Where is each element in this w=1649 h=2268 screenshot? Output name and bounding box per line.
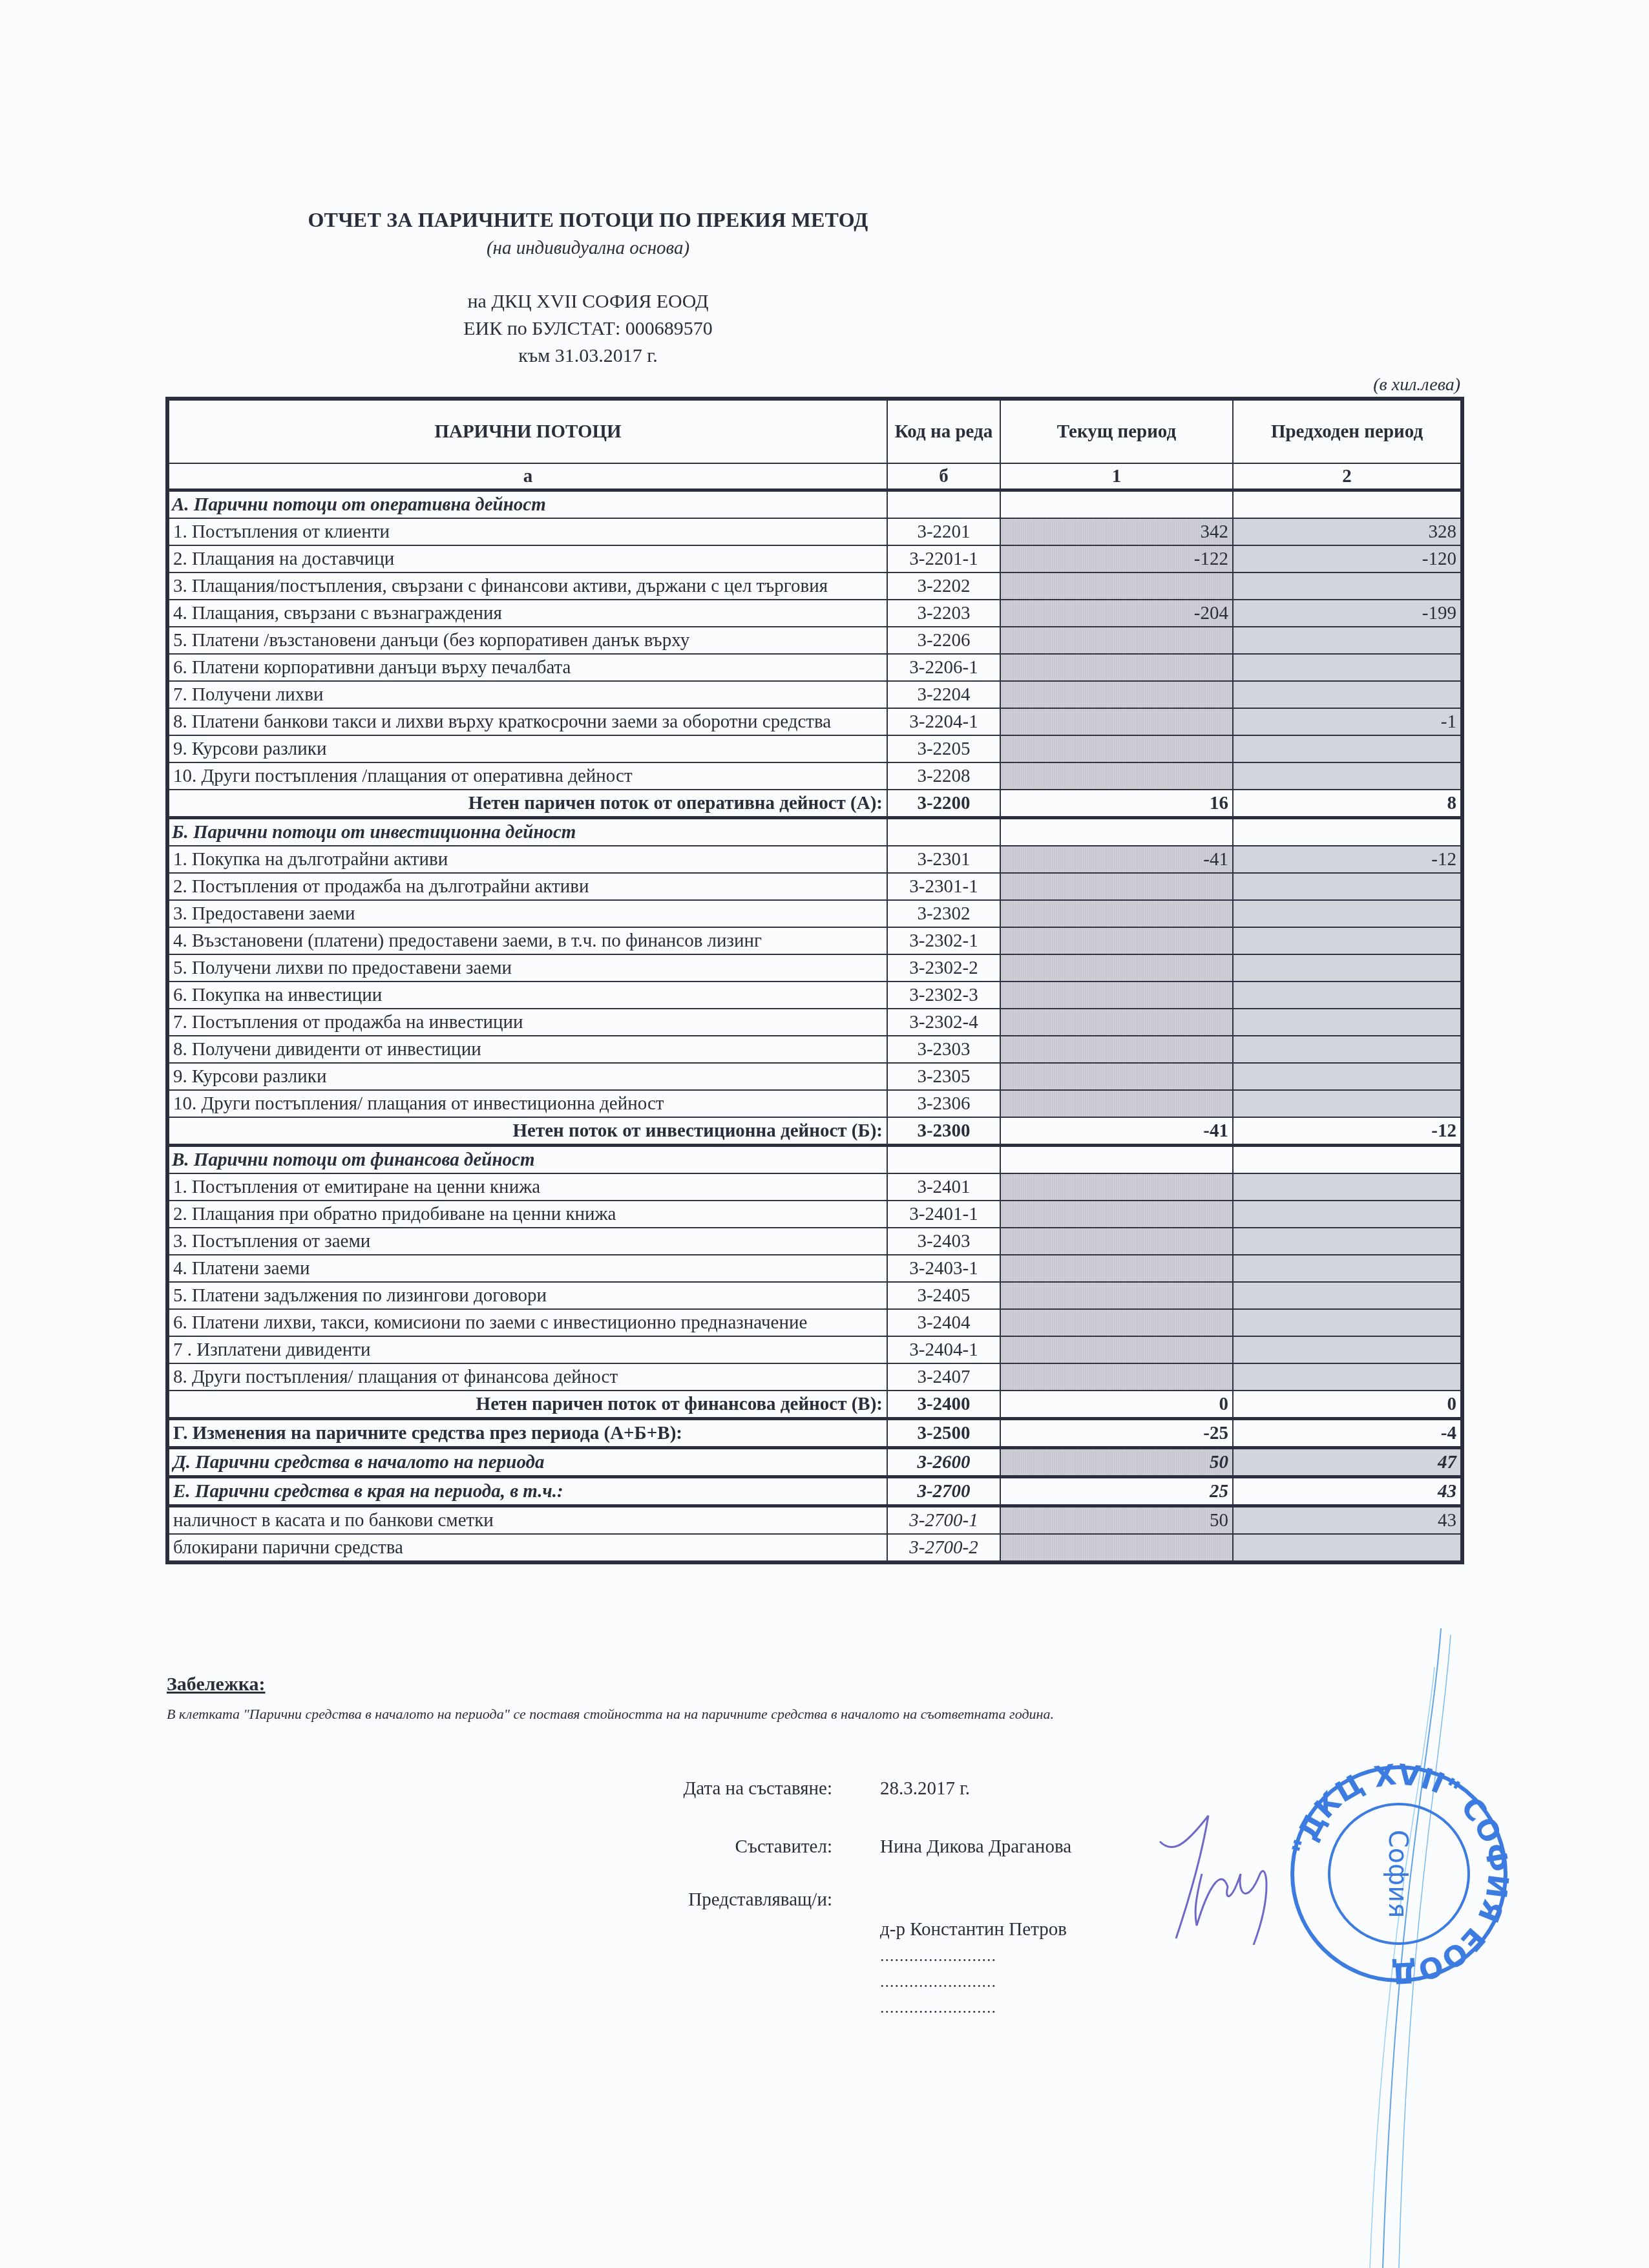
current-period-value: -204	[1000, 600, 1233, 627]
compiler-label: Съставител:	[574, 1836, 832, 1858]
row-label: Нетен поток от инвестиционна дейност (Б)…	[167, 1117, 887, 1146]
row-code: 3-2400	[887, 1391, 1000, 1419]
row-label: 4. Платени заеми	[167, 1255, 887, 1282]
row-code: 3-2403-1	[887, 1255, 1000, 1282]
table-row: 10. Други постъпления/ плащания от инвес…	[167, 1090, 1462, 1117]
current-period-value	[1000, 1534, 1233, 1562]
previous-period-value	[1233, 1363, 1462, 1391]
row-label: Нетен паричен поток от финансова дейност…	[167, 1391, 887, 1419]
previous-period-value	[1233, 681, 1462, 708]
row-code: 3-2202	[887, 572, 1000, 600]
current-period-value	[1000, 1282, 1233, 1309]
compiler-name: Нина Дикова Драганова	[880, 1836, 1071, 1858]
table-row: Нетен поток от инвестиционна дейност (Б)…	[167, 1117, 1462, 1146]
previous-period-value: 328	[1233, 518, 1462, 545]
row-code: 3-2301-1	[887, 873, 1000, 900]
table-row: 7 . Изплатени дивиденти3-2404-1	[167, 1336, 1462, 1363]
previous-period-value	[1233, 927, 1462, 954]
previous-period-value: -12	[1233, 846, 1462, 873]
row-label: Д. Парични средства в началото на период…	[167, 1448, 887, 1477]
company-eik: ЕИК по БУЛСТАТ: 000689570	[297, 318, 879, 340]
table-row: 2. Плащания на доставчици3-2201-1-122-12…	[167, 545, 1462, 572]
table-header-row: ПАРИЧНИ ПОТОЦИ Код на реда Текущ период …	[167, 399, 1462, 463]
table-row: 9. Курсови разлики3-2205	[167, 735, 1462, 762]
current-period-value	[1000, 1009, 1233, 1036]
column-index-1: 1	[1000, 463, 1233, 490]
row-label: 5. Платени /възстановени данъци (без кор…	[167, 627, 887, 654]
table-row: 9. Курсови разлики3-2305	[167, 1063, 1462, 1090]
previous-period-value: -1	[1233, 708, 1462, 735]
current-period-value: 25	[1000, 1477, 1233, 1506]
table-row: 4. Плащания, свързани с възнаграждения3-…	[167, 600, 1462, 627]
table-row: В. Парични потоци от финансова дейност	[167, 1146, 1462, 1174]
current-period-value	[1000, 762, 1233, 790]
previous-period-value: 8	[1233, 790, 1462, 818]
row-label: 3. Плащания/постъпления, свързани с фина…	[167, 572, 887, 600]
row-code: 3-2203	[887, 600, 1000, 627]
report-date: към 31.03.2017 г.	[297, 345, 879, 367]
current-period-value	[1000, 1090, 1233, 1117]
note-heading: Забележка:	[167, 1674, 265, 1696]
table-row: Е. Парични средства в края на периода, в…	[167, 1477, 1462, 1506]
row-code: 3-2401-1	[887, 1201, 1000, 1228]
row-code: 3-2404-1	[887, 1336, 1000, 1363]
row-label: 2. Постъпления от продажба на дълготрайн…	[167, 873, 887, 900]
previous-period-value	[1233, 1201, 1462, 1228]
row-code: 3-2700-2	[887, 1534, 1000, 1562]
current-period-value: -41	[1000, 1117, 1233, 1146]
previous-period-value: 43	[1233, 1477, 1462, 1506]
table-row: 3. Предоставени заеми3-2302	[167, 900, 1462, 927]
previous-period-value: 43	[1233, 1506, 1462, 1535]
date-value: 28.3.2017 г.	[880, 1778, 970, 1800]
row-label: 3. Постъпления от заеми	[167, 1228, 887, 1255]
row-code: 3-2300	[887, 1117, 1000, 1146]
row-label: 6. Платени лихви, такси, комисиони по за…	[167, 1309, 887, 1336]
row-label: А. Парични потоци от оперативна дейност	[167, 490, 887, 519]
row-code: 3-2407	[887, 1363, 1000, 1391]
row-label: Нетен паричен поток от оперативна дейнос…	[167, 790, 887, 818]
previous-period-value	[1233, 735, 1462, 762]
current-period-value	[1000, 1063, 1233, 1090]
row-code: 3-2302	[887, 900, 1000, 927]
table-row: 5. Платени /възстановени данъци (без кор…	[167, 627, 1462, 654]
row-code	[887, 490, 1000, 519]
row-label: Г. Изменения на паричните средства през …	[167, 1419, 887, 1448]
column-index-2: 2	[1233, 463, 1462, 490]
column-header-cash-flows: ПАРИЧНИ ПОТОЦИ	[167, 399, 887, 463]
row-label: 9. Курсови разлики	[167, 1063, 887, 1090]
current-period-value	[1000, 490, 1233, 519]
previous-period-value	[1233, 954, 1462, 982]
row-label: 1. Покупка на дълготрайни активи	[167, 846, 887, 873]
current-period-value	[1000, 1228, 1233, 1255]
company-stamp: "ДКЦ XVII" СОФИЯ ЕООД София	[1283, 1758, 1515, 1990]
row-code: 3-2201	[887, 518, 1000, 545]
table-index-row: а б 1 2	[167, 463, 1462, 490]
row-label: 1. Постъпления от емитиране на ценни кни…	[167, 1173, 887, 1201]
row-label: 4. Възстановени (платени) предоставени з…	[167, 927, 887, 954]
current-period-value: -25	[1000, 1419, 1233, 1448]
row-code: 3-2306	[887, 1090, 1000, 1117]
current-period-value	[1000, 681, 1233, 708]
table-row: А. Парични потоци от оперативна дейност	[167, 490, 1462, 519]
column-index-b: б	[887, 463, 1000, 490]
cash-flow-table: ПАРИЧНИ ПОТОЦИ Код на реда Текущ период …	[165, 397, 1464, 1564]
representative-name: д-р Константин Петров	[880, 1919, 1067, 1940]
date-label: Дата на съставяне:	[574, 1778, 832, 1800]
row-code: 3-2700	[887, 1477, 1000, 1506]
previous-period-value	[1233, 1146, 1462, 1174]
current-period-value	[1000, 982, 1233, 1009]
current-period-value	[1000, 654, 1233, 681]
table-row: 1. Постъпления от клиенти3-2201342328	[167, 518, 1462, 545]
previous-period-value	[1233, 572, 1462, 600]
table-row: 6. Платени корпоративни данъци върху печ…	[167, 654, 1462, 681]
row-code: 3-2204-1	[887, 708, 1000, 735]
current-period-value	[1000, 1309, 1233, 1336]
row-code: 3-2302-3	[887, 982, 1000, 1009]
current-period-value	[1000, 1336, 1233, 1363]
current-period-value: 50	[1000, 1448, 1233, 1477]
table-row: 3. Плащания/постъпления, свързани с фина…	[167, 572, 1462, 600]
row-label: 1. Постъпления от клиенти	[167, 518, 887, 545]
table-row: 2. Постъпления от продажба на дълготрайн…	[167, 873, 1462, 900]
report-subtitle: (на индивидуална основа)	[297, 238, 879, 259]
table-row: Д. Парични средства в началото на период…	[167, 1448, 1462, 1477]
row-label: 6. Платени корпоративни данъци върху печ…	[167, 654, 887, 681]
table-row: 10. Други постъпления /плащания от опера…	[167, 762, 1462, 790]
row-label: 5. Платени задължения по лизингови догов…	[167, 1282, 887, 1309]
row-label: наличност в касата и по банкови сметки	[167, 1506, 887, 1535]
current-period-value: -41	[1000, 846, 1233, 873]
table-row: 5. Платени задължения по лизингови догов…	[167, 1282, 1462, 1309]
row-code: 3-2205	[887, 735, 1000, 762]
row-label: 8. Платени банкови такси и лихви върху к…	[167, 708, 887, 735]
previous-period-value	[1233, 818, 1462, 846]
row-code: 3-2600	[887, 1448, 1000, 1477]
row-label: 7 . Изплатени дивиденти	[167, 1336, 887, 1363]
table-row: 3. Постъпления от заеми3-2403	[167, 1228, 1462, 1255]
previous-period-value	[1233, 762, 1462, 790]
row-code: 3-2305	[887, 1063, 1000, 1090]
row-code: 3-2206-1	[887, 654, 1000, 681]
previous-period-value	[1233, 1036, 1462, 1063]
current-period-value	[1000, 572, 1233, 600]
table-row: наличност в касата и по банкови сметки3-…	[167, 1506, 1462, 1535]
row-label: 3. Предоставени заеми	[167, 900, 887, 927]
current-period-value	[1000, 818, 1233, 846]
current-period-value	[1000, 708, 1233, 735]
current-period-value	[1000, 927, 1233, 954]
table-row: 2. Плащания при обратно придобиване на ц…	[167, 1201, 1462, 1228]
previous-period-value	[1233, 1282, 1462, 1309]
previous-period-value	[1233, 627, 1462, 654]
stamp-inner-text: София	[1383, 1830, 1413, 1918]
row-label: 4. Плащания, свързани с възнаграждения	[167, 600, 887, 627]
table-row: 6. Покупка на инвестиции3-2302-3	[167, 982, 1462, 1009]
previous-period-value: -12	[1233, 1117, 1462, 1146]
company-name: на ДКЦ XVII СОФИЯ ЕООД	[297, 291, 879, 313]
current-period-value	[1000, 627, 1233, 654]
previous-period-value	[1233, 1336, 1462, 1363]
current-period-value	[1000, 954, 1233, 982]
blank-line-3: ........................	[880, 1998, 996, 2017]
row-label: 10. Други постъпления /плащания от опера…	[167, 762, 887, 790]
previous-period-value	[1233, 1228, 1462, 1255]
table-row: 8. Други постъпления/ плащания от финанс…	[167, 1363, 1462, 1391]
row-label: блокирани парични средства	[167, 1534, 887, 1562]
row-code: 3-2404	[887, 1309, 1000, 1336]
table-row: 1. Покупка на дълготрайни активи3-2301-4…	[167, 846, 1462, 873]
table-row: 8. Платени банкови такси и лихви върху к…	[167, 708, 1462, 735]
current-period-value	[1000, 1255, 1233, 1282]
row-code: 3-2201-1	[887, 545, 1000, 572]
row-code: 3-2302-4	[887, 1009, 1000, 1036]
previous-period-value	[1233, 1090, 1462, 1117]
previous-period-value: -4	[1233, 1419, 1462, 1448]
previous-period-value: -120	[1233, 545, 1462, 572]
current-period-value	[1000, 735, 1233, 762]
previous-period-value	[1233, 873, 1462, 900]
blank-line-2: ........................	[880, 1972, 996, 1991]
row-code: 3-2500	[887, 1419, 1000, 1448]
current-period-value	[1000, 900, 1233, 927]
current-period-value: -122	[1000, 545, 1233, 572]
row-label: Б. Парични потоци от инвестиционна дейно…	[167, 818, 887, 846]
column-header-current-period: Текущ период	[1000, 399, 1233, 463]
row-label: 2. Плащания на доставчици	[167, 545, 887, 572]
units-note: (в хил.лева)	[1279, 375, 1460, 395]
table-row: Б. Парични потоци от инвестиционна дейно…	[167, 818, 1462, 846]
row-code: 3-2302-2	[887, 954, 1000, 982]
row-code: 3-2200	[887, 790, 1000, 818]
row-label: 8. Получени дивиденти от инвестиции	[167, 1036, 887, 1063]
previous-period-value	[1233, 1063, 1462, 1090]
previous-period-value	[1233, 1534, 1462, 1562]
current-period-value: 50	[1000, 1506, 1233, 1535]
column-header-row-code: Код на реда	[887, 399, 1000, 463]
row-label: 6. Покупка на инвестиции	[167, 982, 887, 1009]
row-code: 3-2206	[887, 627, 1000, 654]
previous-period-value	[1233, 1309, 1462, 1336]
current-period-value	[1000, 1201, 1233, 1228]
note-text: В клетката "Парични средства в началото …	[167, 1706, 1054, 1723]
current-period-value	[1000, 873, 1233, 900]
previous-period-value	[1233, 1173, 1462, 1201]
previous-period-value: 0	[1233, 1391, 1462, 1419]
current-period-value	[1000, 1146, 1233, 1174]
row-code: 3-2405	[887, 1282, 1000, 1309]
current-period-value: 16	[1000, 790, 1233, 818]
table-row: 4. Възстановени (платени) предоставени з…	[167, 927, 1462, 954]
blank-line-1: ........................	[880, 1946, 996, 1966]
row-label: 7. Получени лихви	[167, 681, 887, 708]
table-row: блокирани парични средства3-2700-2	[167, 1534, 1462, 1562]
row-label: 9. Курсови разлики	[167, 735, 887, 762]
table-row: 7. Получени лихви3-2204	[167, 681, 1462, 708]
row-label: 10. Други постъпления/ плащания от инвес…	[167, 1090, 887, 1117]
report-title: ОТЧЕТ ЗА ПАРИЧНИТЕ ПОТОЦИ ПО ПРЕКИЯ МЕТО…	[297, 208, 879, 232]
row-code	[887, 1146, 1000, 1174]
table-row: Нетен паричен поток от оперативна дейнос…	[167, 790, 1462, 818]
table-row: 5. Получени лихви по предоставени заеми3…	[167, 954, 1462, 982]
previous-period-value	[1233, 1255, 1462, 1282]
row-label: 5. Получени лихви по предоставени заеми	[167, 954, 887, 982]
current-period-value	[1000, 1363, 1233, 1391]
row-code: 3-2302-1	[887, 927, 1000, 954]
table-row: 8. Получени дивиденти от инвестиции3-230…	[167, 1036, 1462, 1063]
column-header-previous-period: Предходен период	[1233, 399, 1462, 463]
previous-period-value	[1233, 490, 1462, 519]
row-code: 3-2401	[887, 1173, 1000, 1201]
current-period-value: 0	[1000, 1391, 1233, 1419]
row-code: 3-2204	[887, 681, 1000, 708]
table-row: 6. Платени лихви, такси, комисиони по за…	[167, 1309, 1462, 1336]
row-label: 7. Постъпления от продажба на инвестиции	[167, 1009, 887, 1036]
row-label: В. Парични потоци от финансова дейност	[167, 1146, 887, 1174]
row-code	[887, 818, 1000, 846]
representative-label: Представляващ/и:	[574, 1889, 832, 1911]
table-row: 4. Платени заеми3-2403-1	[167, 1255, 1462, 1282]
previous-period-value	[1233, 900, 1462, 927]
row-code: 3-2303	[887, 1036, 1000, 1063]
current-period-value	[1000, 1173, 1233, 1201]
current-period-value: 342	[1000, 518, 1233, 545]
table-row: Нетен паричен поток от финансова дейност…	[167, 1391, 1462, 1419]
table-row: 1. Постъпления от емитиране на ценни кни…	[167, 1173, 1462, 1201]
row-label: 8. Други постъпления/ плащания от финанс…	[167, 1363, 887, 1391]
row-code: 3-2700-1	[887, 1506, 1000, 1535]
table-row: Г. Изменения на паричните средства през …	[167, 1419, 1462, 1448]
previous-period-value	[1233, 982, 1462, 1009]
row-code: 3-2403	[887, 1228, 1000, 1255]
current-period-value	[1000, 1036, 1233, 1063]
table-row: 7. Постъпления от продажба на инвестиции…	[167, 1009, 1462, 1036]
previous-period-value	[1233, 1009, 1462, 1036]
row-code: 3-2301	[887, 846, 1000, 873]
row-code: 3-2208	[887, 762, 1000, 790]
row-label: 2. Плащания при обратно придобиване на ц…	[167, 1201, 887, 1228]
previous-period-value: -199	[1233, 600, 1462, 627]
previous-period-value	[1233, 654, 1462, 681]
row-label: Е. Парични средства в края на периода, в…	[167, 1477, 887, 1506]
cash-flow-rows: А. Парични потоци от оперативна дейност1…	[167, 490, 1462, 1563]
column-index-a: а	[167, 463, 887, 490]
previous-period-value: 47	[1233, 1448, 1462, 1477]
